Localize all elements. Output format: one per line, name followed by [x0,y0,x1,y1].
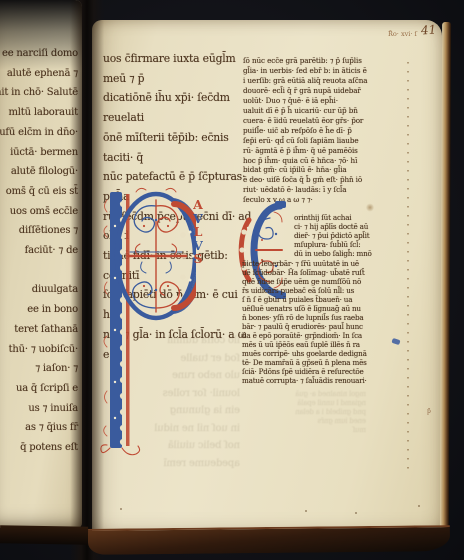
caption-letter: V [190,239,206,253]
initial-caption-avlvs: A V L V S [190,198,206,266]
show-through-text: ilo coſſa dunnil ſod er tualle ulo nebo … [112,332,240,472]
show-through-text-lower: mgol ninalned a· guā ngiamd l unnil epal… [246,390,366,435]
left-page: ee narciſi domo alutē ephenā ⁊ ait in ch… [0,0,82,528]
prologue-text: p̄icte ſeuerbār· ⁊ ſr̄ū uuūtatē in uē uē… [242,259,386,385]
left-page-text: ee narciſi domo alutē ephenā ⁊ ait in ch… [0,44,78,458]
manuscript-photo: ee narciſi domo alutē ephenā ⁊ ait in ch… [0,0,464,560]
left-page-shadow [0,0,82,70]
speck [305,510,307,512]
gloss-column: ſō nūc ecc̄e grā parētib: ⁊ p̄ ſup̄lis g… [243,56,385,205]
pricking-holes [407,62,409,472]
caption-letter: S [190,252,206,266]
caption-letter: A [190,198,206,212]
prologue-side-text: orinthij ſūt achai ci· ⁊ hij ap̄līs doct… [294,213,388,258]
speck [120,508,122,510]
book-bottom-edge [88,525,450,555]
book-bottom-edge-left [0,525,88,545]
margin-mark: p̃ [427,408,431,415]
speck [355,512,357,514]
stain [366,203,374,212]
folio-number: 41 [421,22,437,37]
header-inscription: R̄o· xvi· ſ [388,30,417,38]
caption-letter: L [190,225,206,239]
speck [418,505,420,507]
caption-letter: V [190,212,206,226]
page-edge-stack [440,22,451,536]
